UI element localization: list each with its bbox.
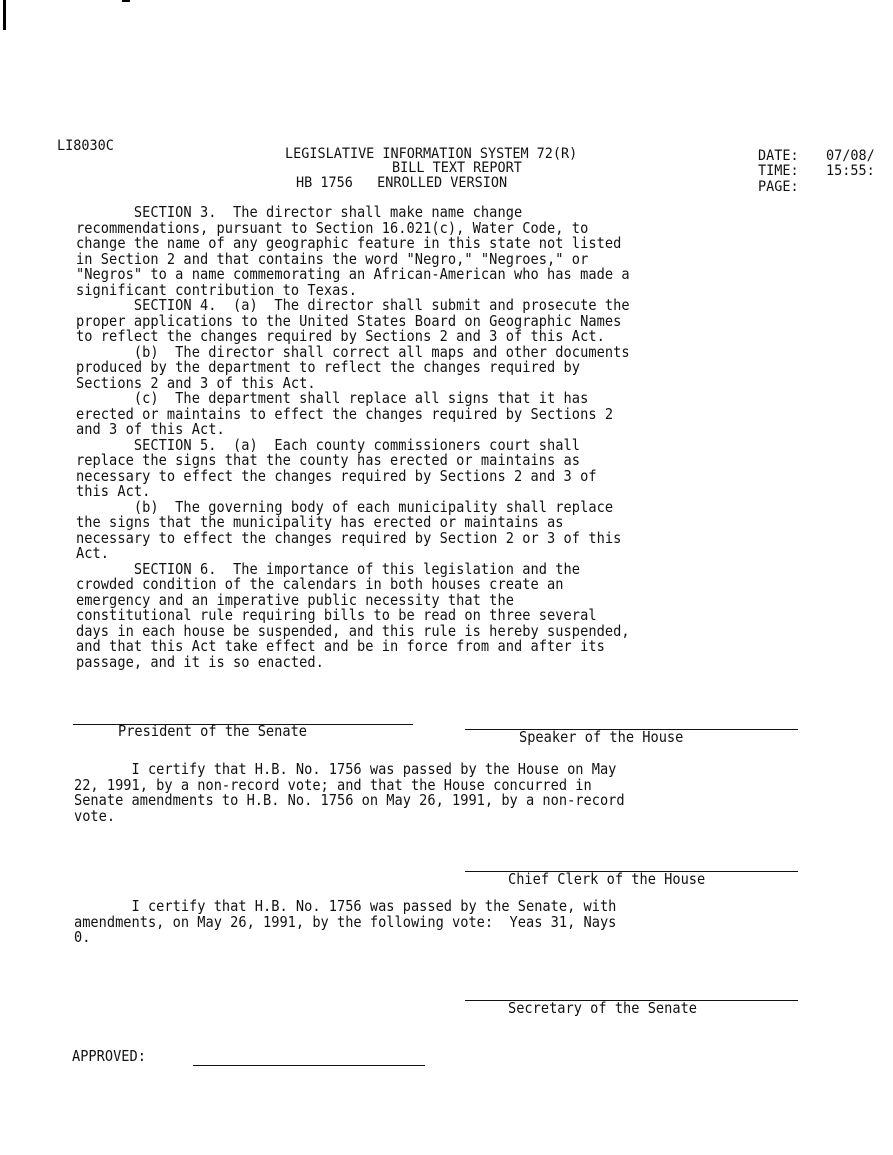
chief-clerk-label: Chief Clerk of the House xyxy=(508,870,705,888)
secretary-senate-label: Secretary of the Senate xyxy=(508,999,697,1017)
date-label: DATE: xyxy=(758,149,799,164)
text-line: necessary to effect the changes required… xyxy=(76,469,768,485)
time-label: TIME: xyxy=(758,164,799,179)
approved-label: APPROVED: xyxy=(72,1047,146,1065)
signature-line-governor xyxy=(193,1065,425,1066)
bill-version-line: HB 1756 ENROLLED VERSION xyxy=(296,176,507,191)
text-line: passage, and it is so enacted. xyxy=(76,655,768,671)
text-line: necessary to effect the changes required… xyxy=(76,531,768,547)
document-page: LI8030C LEGISLATIVE INFORMATION SYSTEM 7… xyxy=(0,0,893,1155)
text-line: Senate amendments to H.B. No. 1756 on Ma… xyxy=(74,793,766,809)
speaker-house-label: Speaker of the House xyxy=(519,728,683,746)
bill-body-text: SECTION 3. The director shall make name … xyxy=(76,205,836,670)
text-line: amendments, on May 26, 1991, by the foll… xyxy=(74,915,766,931)
report-id: LI8030C xyxy=(57,139,114,154)
date-value: 07/08/ xyxy=(826,149,875,164)
senate-certification: I certify that H.B. No. 1756 was passed … xyxy=(74,899,834,946)
scan-top-mark xyxy=(122,0,130,2)
page-label: PAGE: xyxy=(758,180,799,195)
time-value: 15:55: xyxy=(826,164,875,179)
house-certification: I certify that H.B. No. 1756 was passed … xyxy=(74,762,834,824)
report-title: BILL TEXT REPORT xyxy=(392,161,522,176)
text-line: 0. xyxy=(74,930,766,946)
text-line: vote. xyxy=(74,809,766,825)
scan-edge-mark xyxy=(3,0,6,30)
president-senate-label: President of the Senate xyxy=(118,722,307,740)
